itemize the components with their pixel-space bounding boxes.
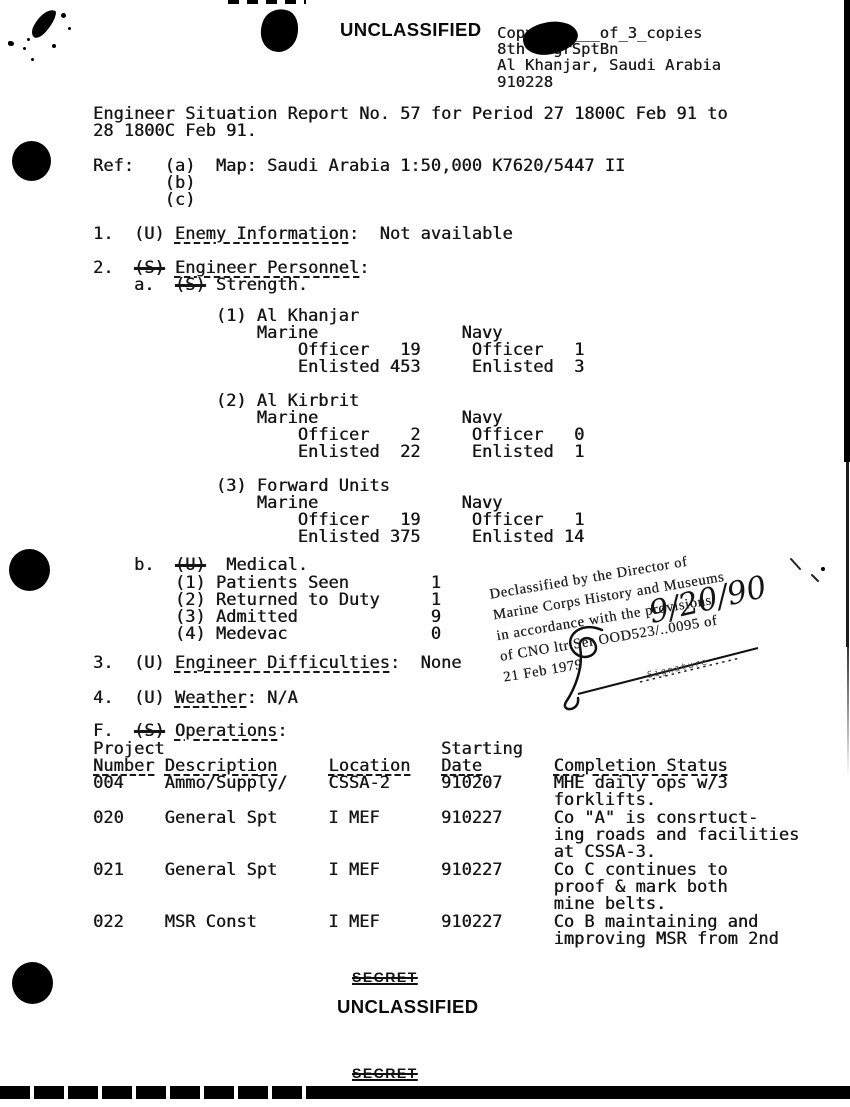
doc-line: 1. (U) Enemy Information: Not available	[93, 225, 513, 243]
date-line: 910228	[497, 73, 553, 91]
ink-dot	[31, 58, 34, 61]
ink-blob	[256, 5, 303, 56]
doc-line: F. (S) Operations:	[93, 722, 288, 740]
ink-dot	[8, 41, 14, 46]
bottom-classification-label: UNCLASSIFIED	[337, 996, 479, 1018]
doc-line: 4. (U) Weather: N/A	[93, 689, 298, 707]
scan-bottom-bar-gaps	[0, 1086, 320, 1099]
doc-line: 28 1800C Feb 91.	[93, 122, 257, 140]
doc-line: Enlisted 375 Enlisted 14	[93, 528, 584, 546]
doc-line: mine belts.	[93, 895, 666, 913]
struck-secret-marking: SECRET	[352, 1065, 418, 1081]
pen-tick-marks	[788, 556, 822, 584]
hole-punch-mark	[9, 549, 50, 591]
hole-punch-mark	[12, 962, 53, 1004]
doc-line: 3. (U) Engineer Difficulties: None	[93, 654, 461, 672]
doc-line: (c)	[93, 191, 195, 209]
ink-dot	[23, 47, 26, 50]
scan-edge-bar	[847, 647, 849, 777]
handwritten-signature: Signature	[540, 616, 770, 716]
scan-edge-bar	[844, 0, 850, 462]
signature-label: Signature	[646, 657, 709, 681]
doc-line: a. (S) Strength.	[93, 276, 308, 294]
scan-artifact-top-dashes	[228, 0, 306, 4]
ink-dot	[68, 27, 71, 30]
scan-edge-bar	[846, 462, 849, 647]
hole-punch-mark	[12, 141, 51, 181]
doc-line: b. (U) Medical.	[93, 556, 308, 574]
top-classification-label: UNCLASSIFIED	[340, 19, 482, 41]
doc-line: forklifts.	[93, 791, 656, 809]
doc-line: Enlisted 22 Enlisted 1	[93, 443, 584, 461]
doc-line: improving MSR from 2nd	[93, 930, 779, 948]
scanned-document-page: UNCLASSIFIED Copy ___of_3_copies 8th Eng…	[0, 0, 850, 1107]
ink-splatter	[29, 5, 58, 41]
doc-line: (4) Medevac 0	[93, 625, 441, 643]
ink-dot	[61, 13, 66, 18]
struck-secret-marking: SECRET	[352, 969, 418, 985]
ink-dot	[27, 38, 30, 41]
ink-dot	[52, 44, 56, 48]
doc-line: at CSSA-3.	[93, 843, 656, 861]
doc-line: Enlisted 453 Enlisted 3	[93, 358, 584, 376]
